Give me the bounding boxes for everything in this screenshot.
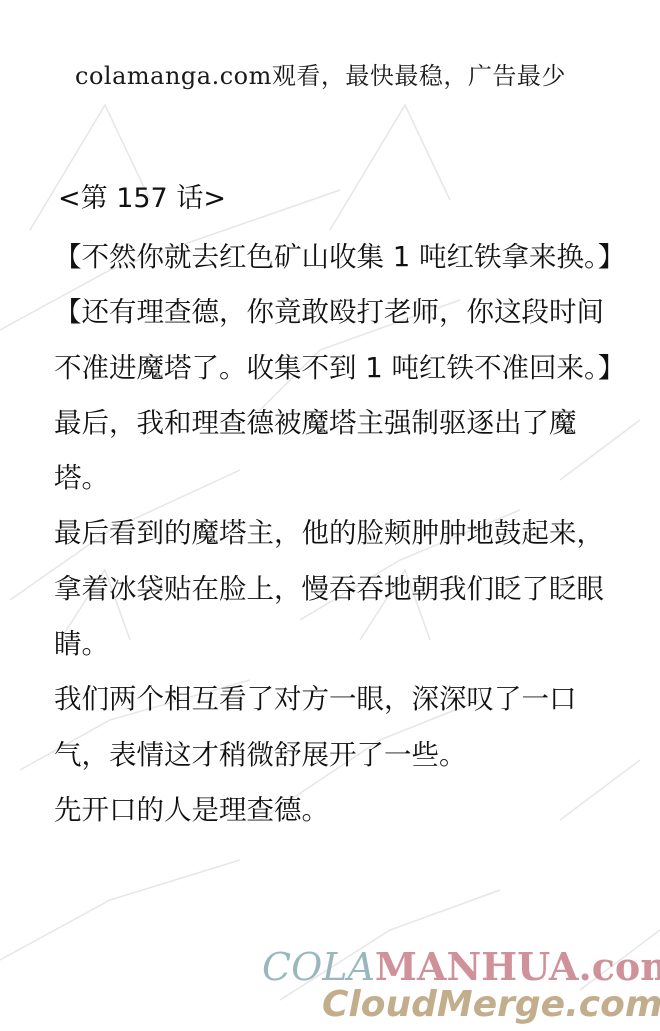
paragraph: 最后，我和理查德被魔塔主强制驱逐出了魔塔。 <box>54 396 624 507</box>
watermark-manhua: MANHUA.com <box>375 944 660 989</box>
paragraph: 【不然你就去红色矿山收集 1 吨红铁拿来换。】 <box>54 230 624 285</box>
cloudmerge-watermark: CloudMerge.com <box>322 984 660 1025</box>
paragraph: 最后看到的魔塔主，他的脸颊肿肿地鼓起来，拿着冰袋贴在脸上，慢吞吞地朝我们眨了眨眼… <box>54 506 624 672</box>
novel-body: 【不然你就去红色矿山收集 1 吨红铁拿来换。】 【还有理查德，你竟敢殴打老师，你… <box>54 230 624 838</box>
paragraph: 先开口的人是理查德。 <box>54 783 624 838</box>
site-promo-banner: colamanga.com观看，最快最稳，广告最少 <box>75 56 566 91</box>
paragraph: 【还有理查德，你竟敢殴打老师，你这段时间不准进魔塔了。收集不到 1 吨红铁不准回… <box>54 285 624 396</box>
colamanhua-watermark: COLAMANHUA.com <box>262 948 660 986</box>
watermark-cola: COLA <box>262 945 375 989</box>
chapter-title: <第 157 话> <box>58 176 226 215</box>
paragraph: 我们两个相互看了对方一眼，深深叹了一口气，表情这才稍微舒展开了一些。 <box>54 672 624 783</box>
